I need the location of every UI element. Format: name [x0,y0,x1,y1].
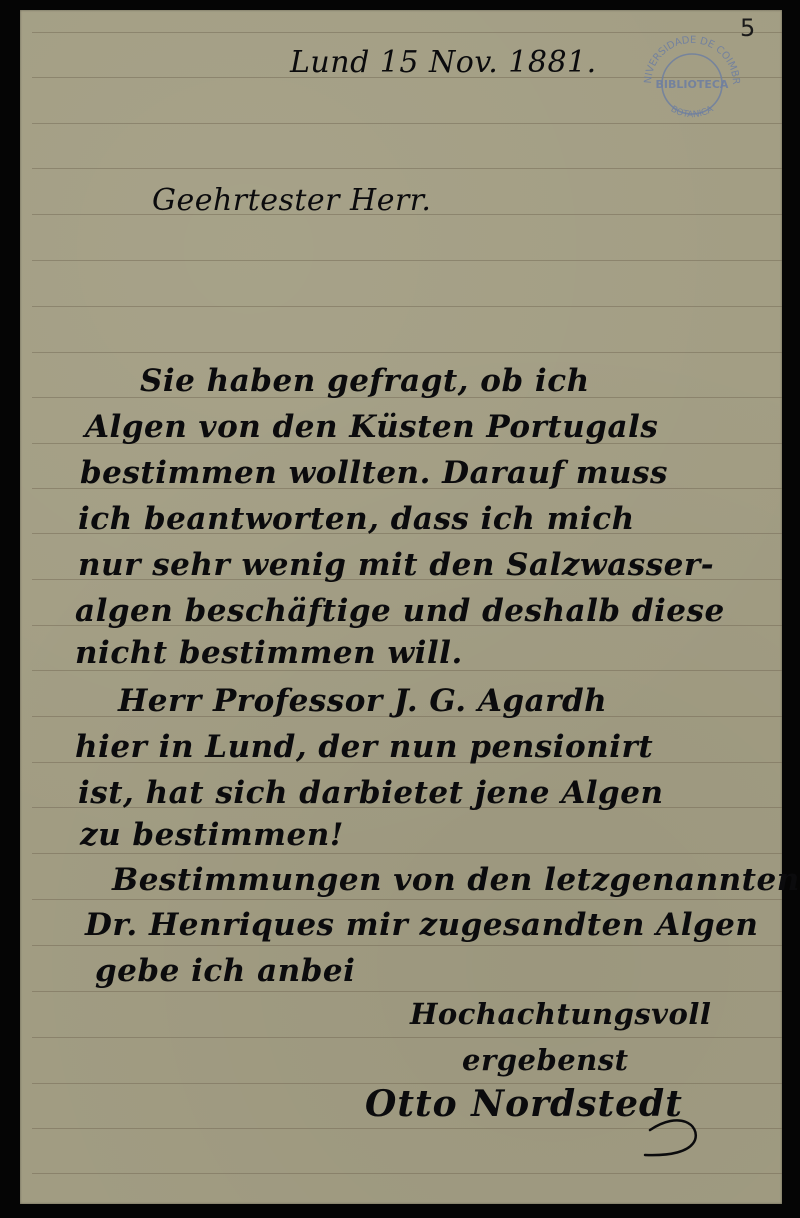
body-line: Dr. Henriques mir zugesandten Algen [85,910,758,941]
body-line: bestimmen wollten. Darauf muss [80,458,668,489]
body-line: algen beschäftige und deshalb diese [75,596,725,627]
salutation: Geehrtester Herr. [152,186,431,216]
body-line: nicht bestimmen will. [75,638,463,669]
body-line: ist, hat sich darbietet jene Algen [78,778,664,809]
stamp-top-text: UNIVERSIDADE DE COIMBRA [637,26,741,85]
body-line: nur sehr wenig mit den Salzwasser- [78,550,714,581]
body-line: gebe ich anbei [95,956,355,987]
rule-line [32,260,782,261]
svg-text:BOTANICA: BOTANICA [669,104,716,120]
body-line: Bestimmungen von den letzgenannten von [112,865,800,896]
folio-number: 5 [740,14,755,42]
body-line: Sie haben gefragt, ob ich [140,366,590,397]
rule-line [32,853,782,854]
date-line: Lund 15 Nov. 1881. [290,48,597,78]
body-line: hier in Lund, der nun pensionirt [75,732,653,763]
rule-line [32,352,782,353]
body-line: Algen von den Küsten Portugals [85,412,658,443]
rule-line [32,899,782,900]
rule-line [32,1037,782,1038]
rule-line [32,991,782,992]
body-line: ich beantworten, dass ich mich [78,504,635,535]
rule-line [32,168,782,169]
stamp-center-text: BIBLIOTECA [656,78,729,91]
rule-line [32,1173,782,1174]
closing-line: Hochachtungsvoll [410,1000,711,1029]
library-stamp-icon: UNIVERSIDADE DE COIMBRA BIBLIOTECA BOTAN… [637,26,747,136]
svg-text:UNIVERSIDADE DE COIMBRA: UNIVERSIDADE DE COIMBRA [637,26,741,85]
closing-line: ergebenst [462,1046,629,1075]
body-line: zu bestimmen! [80,820,344,851]
rule-line [32,306,782,307]
stamp-bottom-text: BOTANICA [669,104,716,120]
rule-line [32,945,782,946]
signature-flourish-icon [640,1100,720,1160]
body-line: Herr Professor J. G. Agardh [118,686,607,717]
signature: Otto Nordstedt [365,1086,683,1122]
